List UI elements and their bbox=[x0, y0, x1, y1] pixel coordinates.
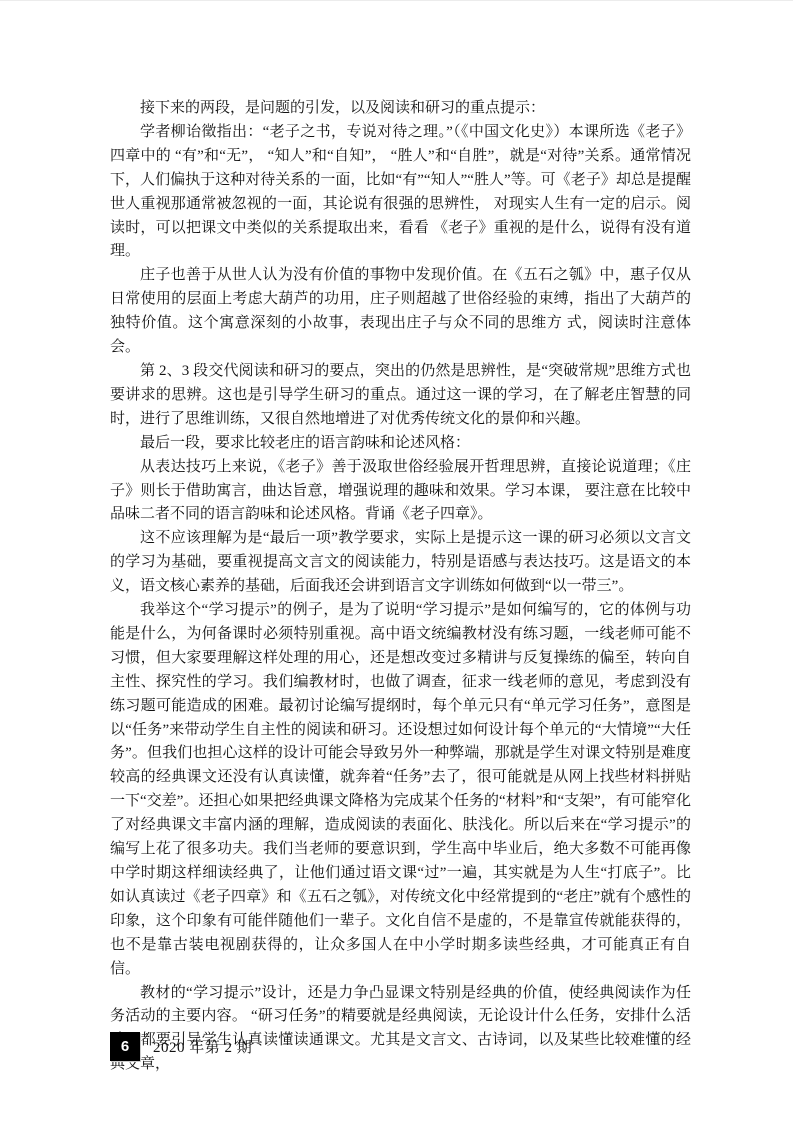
paragraph-liu-yizheng-quote: 学者柳诒徵指出：“老子之书，专说对待之理。”（《中国文化史》）本课所选《老子》四… bbox=[110, 121, 691, 264]
issue-label: 2020 年第 2 期 bbox=[153, 1036, 252, 1057]
article-body: 接下来的两段，是问题的引发，以及阅读和研习的重点提示： 学者柳诒徵指出：“老子之… bbox=[110, 97, 691, 1077]
page-number-badge: 6 bbox=[110, 1032, 140, 1061]
paragraph-zhuangzi-value: 庄子也善于从世人认为没有价值的事物中发现价值。在《五石之瓠》中，惠子仅从日常使用… bbox=[110, 264, 691, 360]
paragraph-study-hints-purpose: 我举这个“学习提示”的例子，是为了说明“学习提示”是如何编写的，它的体例与功能是… bbox=[110, 599, 691, 982]
paragraph-textbook-design: 教材的“学习提示”设计，还是力争凸显课文特别是经典的价值，使经典阅读作为任务活动… bbox=[110, 982, 691, 1078]
paragraph-classical-chinese-basis: 这不应该理解为是“最后一项”教学要求，实际上是提示这一课的研习必须以文言文的学习… bbox=[110, 527, 691, 599]
paragraph-expression-skills: 从表达技巧上来说，《老子》善于汲取世俗经验展开哲理思辨，直接论说道理；《庄子》则… bbox=[110, 456, 691, 528]
paragraph-sections-2-3: 第 2、3 段交代阅读和研习的要点，突出的仍然是思辨性，是“突破常规”思维方式也… bbox=[110, 360, 691, 432]
paragraph-last-section-lead: 最后一段，要求比较老庄的语言韵味和论述风格： bbox=[110, 432, 691, 456]
document-page: 接下来的两段，是问题的引发，以及阅读和研习的重点提示： 学者柳诒徵指出：“老子之… bbox=[0, 0, 793, 1122]
page-footer: 6 2020 年第 2 期 bbox=[110, 1032, 252, 1061]
paragraph-intro: 接下来的两段，是问题的引发，以及阅读和研习的重点提示： bbox=[110, 97, 691, 121]
